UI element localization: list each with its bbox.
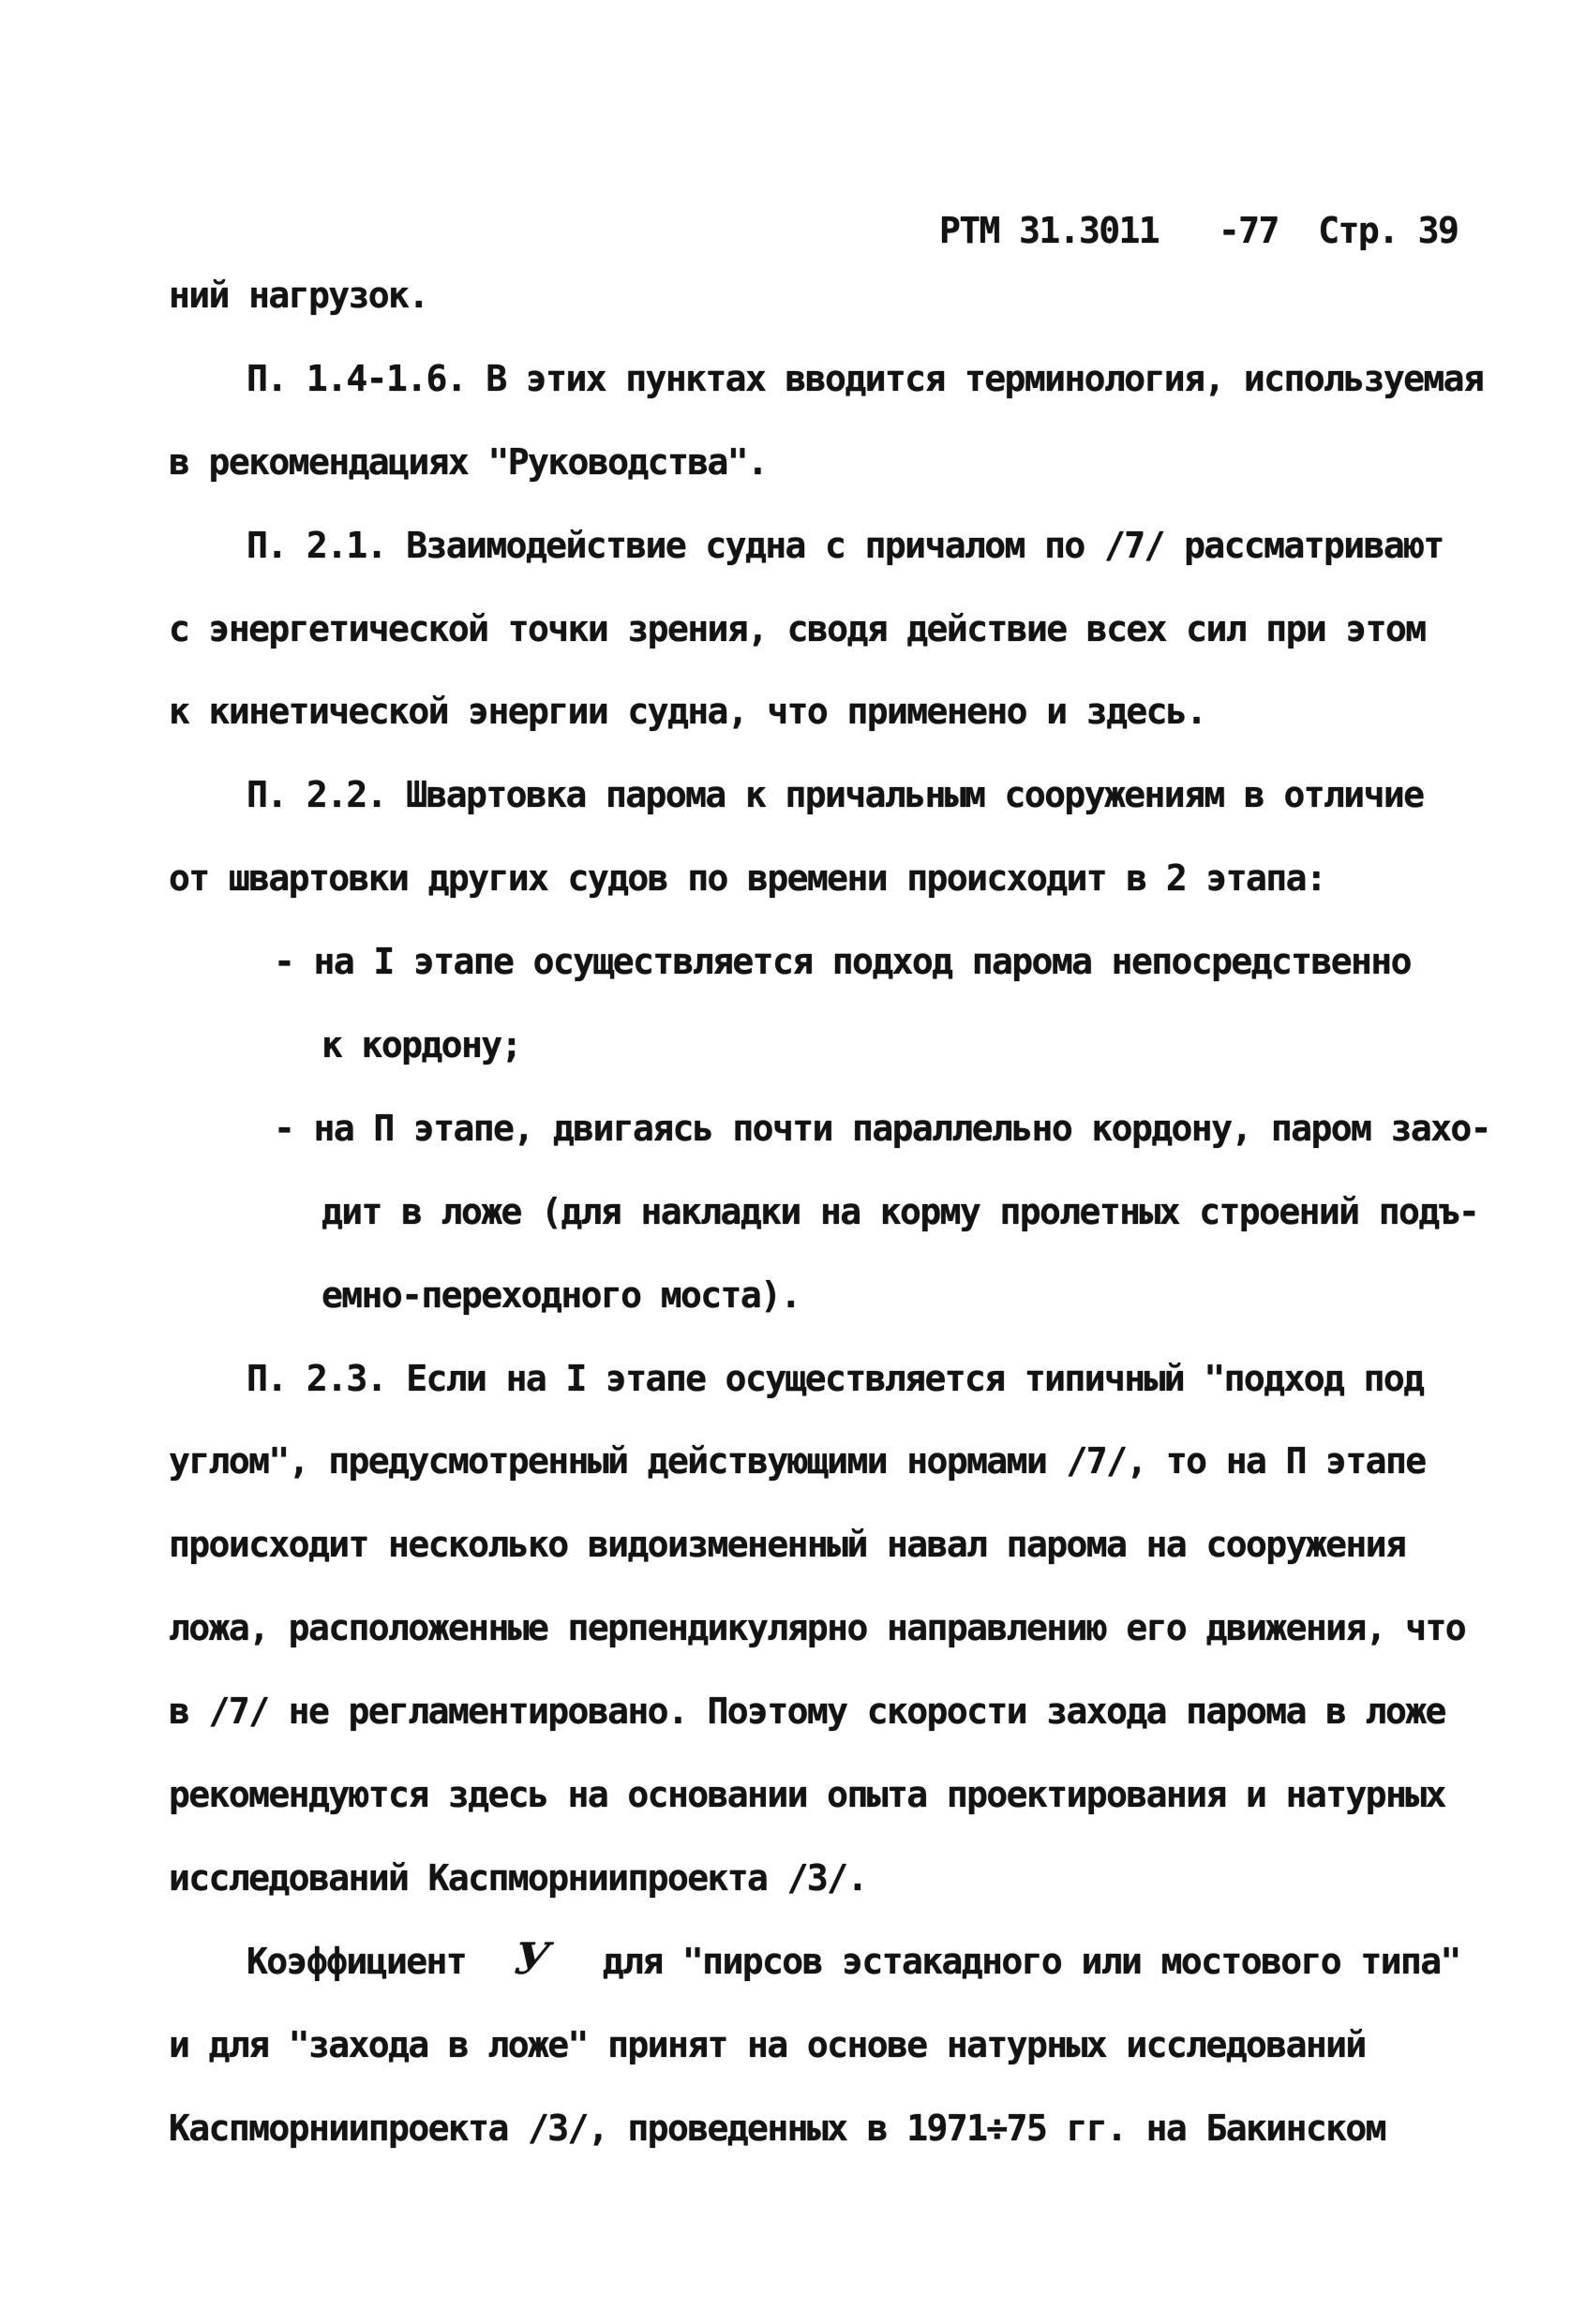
text-line: П. 2.1. Взаимодействие судна с причалом …	[247, 524, 1571, 607]
text-line: исследований Каспморниипроекта /3/.	[169, 1856, 1571, 1940]
text-line: рекомендуются здесь на основании опыта п…	[169, 1773, 1571, 1856]
coefficient-symbol: У	[513, 1940, 550, 1977]
document-page: РТМ 31.3011 -77 Стр. 39 ний нагрузок. П.…	[0, 0, 1571, 2324]
document-body: ний нагрузок. П. 1.4-1.6. В этих пунктах…	[0, 274, 1571, 2189]
list-item-line: - на I этапе осуществляется подход паром…	[274, 940, 1571, 1023]
coefficient-label: Коэффициент	[247, 1940, 466, 1983]
text-line: углом", предусмотренный действующими нор…	[169, 1439, 1571, 1523]
text-line: Каспморниипроекта /3/, проведенных в 197…	[169, 2107, 1571, 2190]
text-line: в /7/ не регламентировано. Поэтому скоро…	[169, 1690, 1571, 1773]
list-item-line: дит в ложе (для накладки на корму пролет…	[322, 1190, 1571, 1274]
list-item-line: емно-переходного моста).	[322, 1274, 1571, 1357]
text-line: в рекомендациях "Руководства".	[169, 440, 1571, 524]
page-header: РТМ 31.3011 -77 Стр. 39	[939, 210, 1458, 251]
text-line: происходит несколько видоизмененный нава…	[169, 1523, 1571, 1606]
text-line: к кинетической энергии судна, что примен…	[169, 690, 1571, 773]
text-line: ний нагрузок.	[169, 274, 1571, 357]
text-line: ложа, расположенные перпендикулярно напр…	[169, 1606, 1571, 1690]
list-item-line: к кордону;	[322, 1023, 1571, 1107]
text-line: П. 2.3. Если на I этапе осуществляется т…	[247, 1357, 1571, 1440]
coefficient-line: Коэффициент У для "пирсов эстакадного ил…	[247, 1940, 1571, 2023]
text-line: П. 2.2. Швартовка парома к причальным со…	[247, 773, 1571, 857]
coefficient-description: для "пирсов эстакадного или мостового ти…	[603, 1940, 1460, 1983]
text-line: П. 1.4-1.6. В этих пунктах вводится терм…	[247, 357, 1571, 440]
text-line: и для "захода в ложе" принят на основе н…	[169, 2023, 1571, 2107]
list-item-line: - на П этапе, двигаясь почти параллельно…	[274, 1107, 1571, 1190]
text-line: с энергетической точки зрения, сводя дей…	[169, 607, 1571, 691]
text-line: от швартовки других судов по времени про…	[169, 857, 1571, 940]
